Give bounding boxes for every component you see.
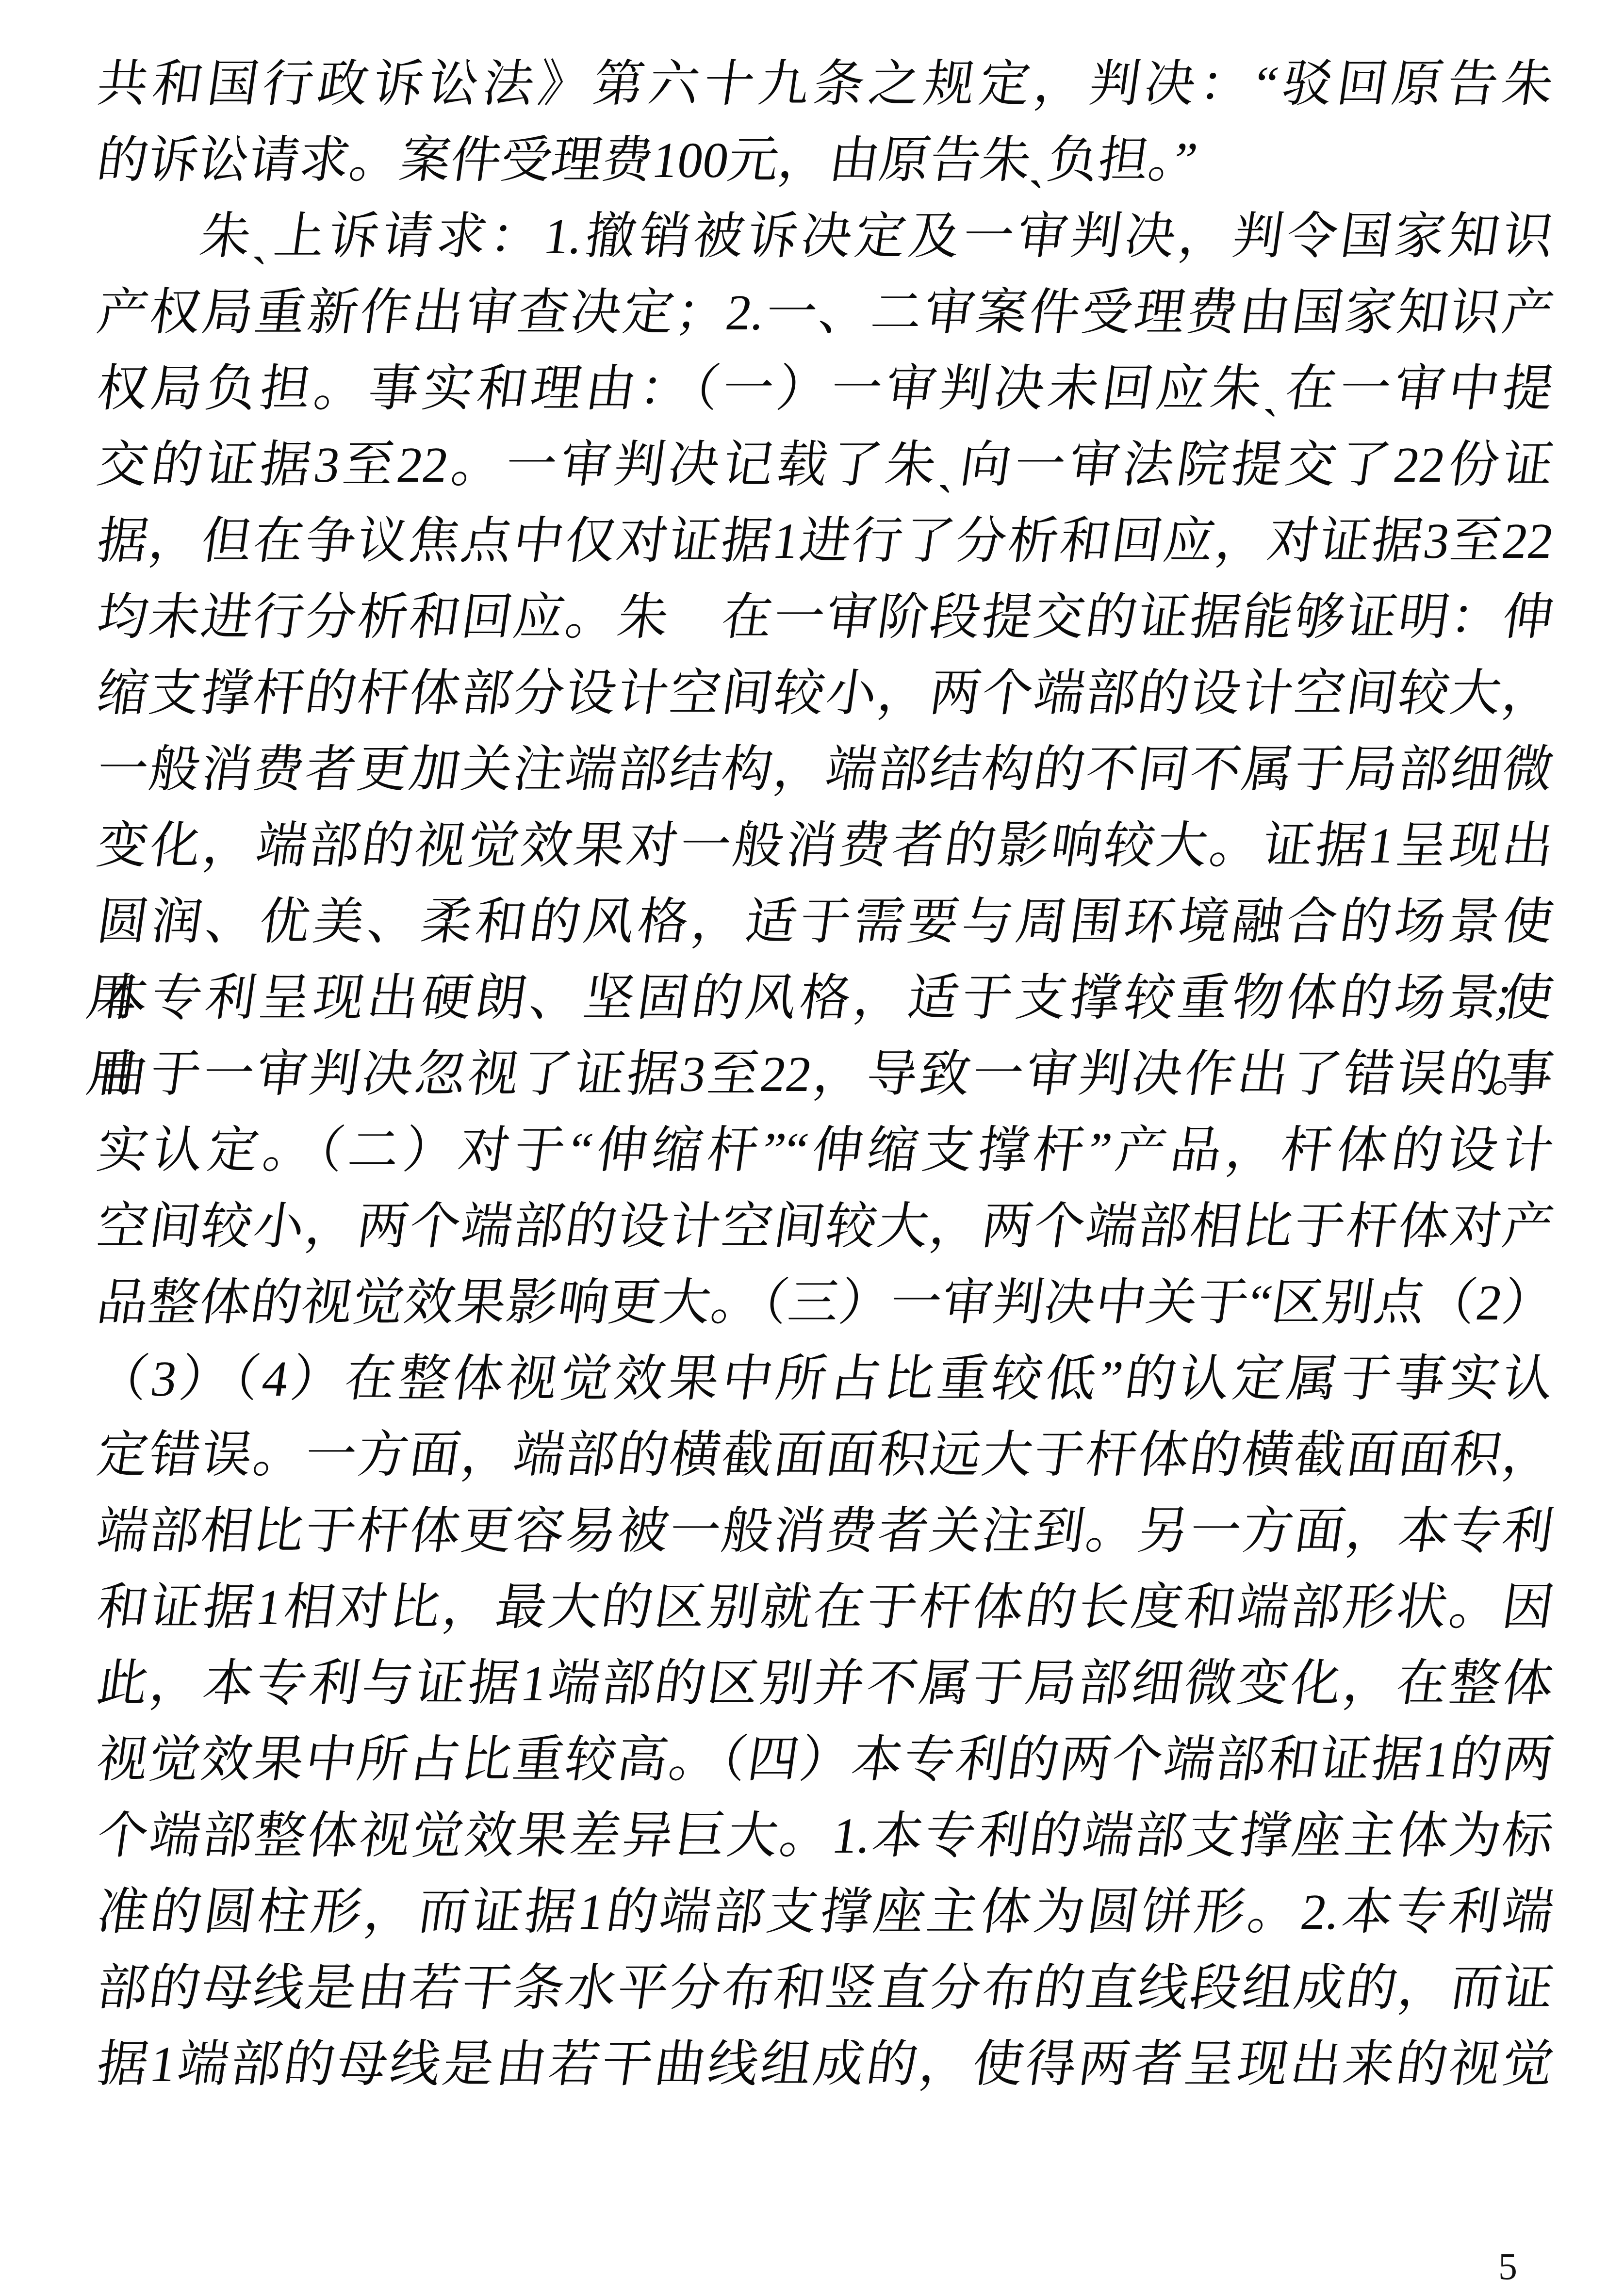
text-line: 据，但在争议焦点中仅对证据1进行了分析和回应，对证据3至22 — [92, 503, 1558, 579]
text-line: 定错误。一方面，端部的横截面面积远大于杆体的横截面面积， — [92, 1417, 1558, 1493]
text-line: 由于一审判决忽视了证据3至22，导致一审判决作出了错误的事 — [92, 1036, 1558, 1112]
text-line: 朱ˏ上诉请求：1.撤销被诉决定及一审判决，判令国家知识 — [92, 198, 1558, 275]
text-line: 交的证据3至22。一审判决记载了朱ˏ向一审法院提交了22份证 — [92, 427, 1558, 503]
text-line: 据1端部的母线是由若干曲线组成的，使得两者呈现出来的视觉 — [92, 2026, 1558, 2102]
text-line: 空间较小，两个端部的设计空间较大，两个端部相比于杆体对产 — [92, 1189, 1558, 1265]
text-line: 部的母线是由若干条水平分布和竖直分布的直线段组成的，而证 — [92, 1950, 1558, 2026]
text-line: 视觉效果中所占比重较高。（四）本专利的两个端部和证据1的两 — [92, 1722, 1558, 1798]
text-line: 均未进行分析和回应。朱 在一审阶段提交的证据能够证明：伸 — [92, 579, 1558, 655]
text-line: 的诉讼请求。案件受理费100元，由原告朱ˏ负担。” — [92, 122, 1558, 198]
text-line: 和证据1相对比，最大的区别就在于杆体的长度和端部形状。因 — [92, 1569, 1558, 1645]
text-line: 一般消费者更加关注端部结构，端部结构的不同不属于局部细微 — [92, 732, 1558, 808]
text-line: 端部相比于杆体更容易被一般消费者关注到。另一方面，本专利 — [92, 1493, 1558, 1569]
text-line: 准的圆柱形，而证据1的端部支撑座主体为圆饼形。2.本专利端 — [92, 1874, 1558, 1950]
text-line: 品整体的视觉效果影响更大。（三）一审判决中关于“区别点（2） — [92, 1265, 1558, 1341]
body-text: 共和国行政诉讼法》第六十九条之规定，判决：“驳回原告朱 的诉讼请求。案件受理费1… — [92, 46, 1548, 2102]
text-line: 权局负担。事实和理由：（一）一审判决未回应朱ˏ在一审中提 — [92, 351, 1558, 427]
text-line: 此，本专利与证据1端部的区别并不属于局部细微变化，在整体 — [92, 1645, 1558, 1722]
text-line: 共和国行政诉讼法》第六十九条之规定，判决：“驳回原告朱 — [92, 46, 1558, 122]
scanned-judgment-page: { "doc": { "kind": "court-judgment-scan"… — [0, 0, 1624, 2296]
text-line: 个端部整体视觉效果差异巨大。1.本专利的端部支撑座主体为标 — [92, 1798, 1558, 1874]
page-number: 5 — [1498, 2247, 1517, 2285]
text-line: 圆润、优美、柔和的风格，适于需要与周围环境融合的场景使用； — [92, 884, 1558, 960]
text-line: （3）（4）在整体视觉效果中所占比重较低”的认定属于事实认 — [92, 1341, 1558, 1417]
text-line: 产权局重新作出审查决定；2.一、二审案件受理费由国家知识产 — [92, 275, 1558, 351]
text-line: 实认定。（二）对于“伸缩杆”“伸缩支撑杆”产品，杆体的设计 — [92, 1112, 1558, 1189]
text-line: 变化，端部的视觉效果对一般消费者的影响较大。证据1呈现出 — [92, 808, 1558, 884]
text-line: 本专利呈现出硬朗、坚固的风格，适于支撑较重物体的场景使用。 — [92, 960, 1558, 1036]
text-line: 缩支撑杆的杆体部分设计空间较小，两个端部的设计空间较大， — [92, 655, 1558, 732]
